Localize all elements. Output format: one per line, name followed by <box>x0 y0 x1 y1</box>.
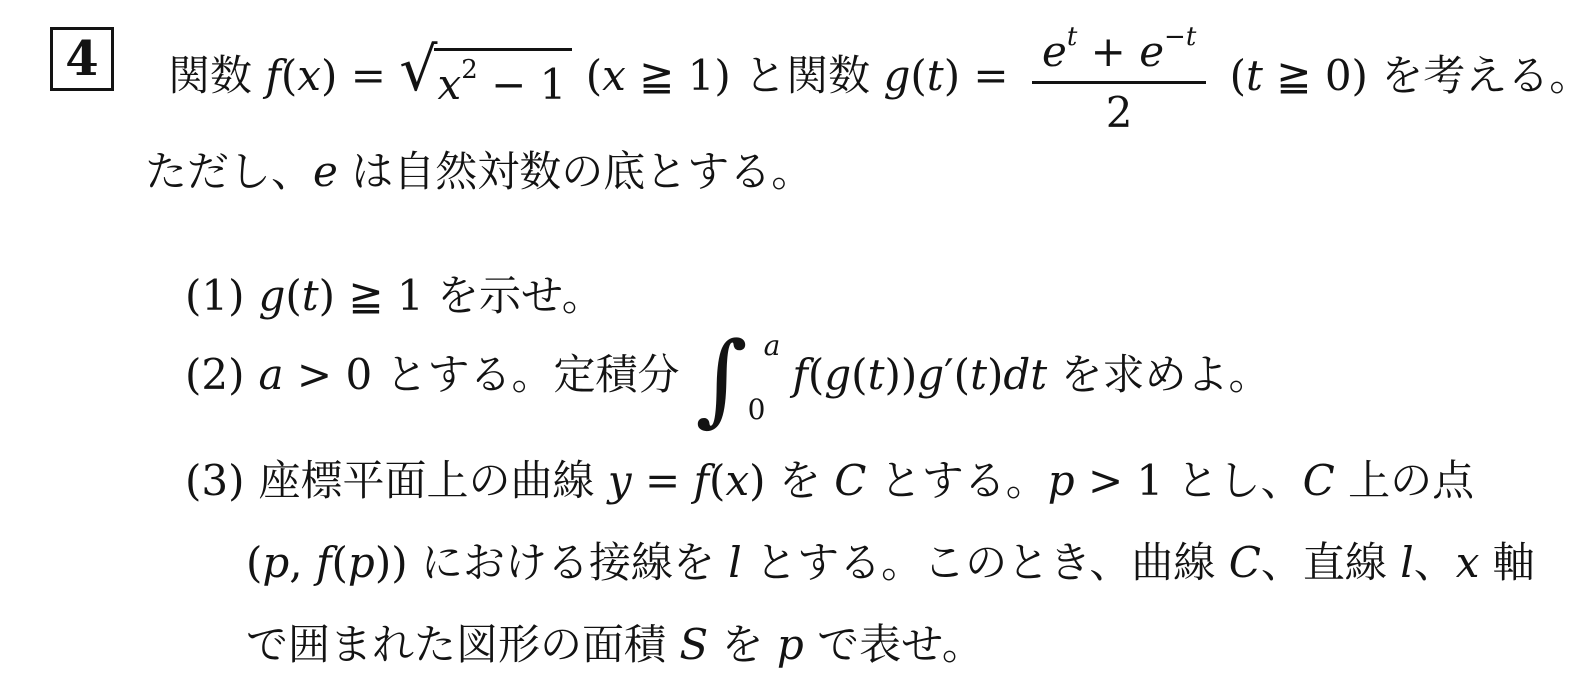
math-text: ( <box>281 51 297 100</box>
integral-lower-bound: 0 <box>748 396 781 424</box>
math-text: e <box>1042 27 1067 76</box>
math-text: > 1 <box>1075 456 1177 505</box>
math-text: f <box>265 51 281 100</box>
item-3-label: (3) <box>185 456 245 505</box>
problem-number-box: 4 <box>50 27 114 91</box>
math-text: x <box>1456 538 1480 587</box>
math-text: ( <box>1216 51 1246 100</box>
math-text: + <box>1077 27 1139 76</box>
math-text: > 0 <box>284 350 386 399</box>
item-3-line-2: (p, f(p)) における接線を l とする。このとき、曲線 C、直線 l、x… <box>246 530 1535 590</box>
math-text: = <box>632 456 694 505</box>
math-text: は自然対数の底とする。 <box>338 147 813 196</box>
problem-number: 4 <box>65 35 98 83</box>
item-2-label: (2) <box>185 350 245 399</box>
math-text: g <box>259 271 286 320</box>
math-text: を示せ。 <box>437 271 604 320</box>
math-text: ( <box>246 538 262 587</box>
math-text: とする。定積分 <box>386 350 680 399</box>
math-text: ′ <box>944 350 954 399</box>
math-text: dt <box>1003 350 1047 399</box>
math-text: を考える。 <box>1381 51 1582 100</box>
math-text: ≧ 0) <box>1263 51 1381 100</box>
math-text: t <box>1246 51 1263 100</box>
math-text: x <box>297 51 321 100</box>
radicand: x2 − 1 <box>434 48 573 106</box>
fraction-numerator: et + e−t <box>1032 22 1206 81</box>
fraction-denominator: 2 <box>1032 81 1206 136</box>
math-text: a <box>259 350 284 399</box>
math-text: を求めよ。 <box>1047 350 1270 399</box>
math-text: ≧ 1) <box>626 51 744 100</box>
math-text: g <box>884 51 911 100</box>
math-text: t <box>868 350 885 399</box>
math-text: ) = <box>944 51 1022 100</box>
math-text: l <box>1400 538 1413 587</box>
math-text: g <box>917 350 944 399</box>
math-text: C <box>834 456 866 505</box>
math-text: p <box>1048 456 1075 505</box>
math-text: ) <box>987 350 1003 399</box>
item-1: (1)g(t) ≧ 1 を示せ。 <box>185 263 604 323</box>
problem-statement-line-1: 関数 f(x) = √x2 − 1 (x ≧ 1) と関数 g(t) = et … <box>168 22 1582 136</box>
math-text: , <box>289 538 316 587</box>
item-1-content: g(t) ≧ 1 を示せ。 <box>259 271 604 320</box>
math-text: f <box>316 538 332 587</box>
math-text: C <box>1303 456 1335 505</box>
math-text: t <box>302 271 319 320</box>
definite-integral: ∫a0 <box>696 330 781 426</box>
math-text: ( <box>572 51 602 100</box>
math-text: ) = <box>321 51 399 100</box>
radical-sign-icon: √ <box>399 47 437 94</box>
math-text: 、 <box>1414 538 1456 587</box>
math-text: ( <box>851 350 867 399</box>
math-text: )) <box>375 538 421 587</box>
math-text: 上の点 <box>1335 456 1474 505</box>
integral-bounds: a0 <box>750 330 781 426</box>
math-text: f <box>694 456 710 505</box>
math-text: S <box>679 620 708 669</box>
item-3-line-1-content: 座標平面上の曲線 y = f(x) を C とする。p > 1 とし、C 上の点 <box>259 456 1475 505</box>
math-text: とする。 <box>866 456 1047 505</box>
math-text: ( <box>954 350 970 399</box>
integral-sign-icon: ∫ <box>696 331 748 426</box>
math-text: ( <box>285 271 301 320</box>
math-text: t <box>1067 22 1077 52</box>
math-text: における接線を <box>421 538 728 587</box>
math-text: p <box>777 620 804 669</box>
math-text: 関数 <box>168 51 265 100</box>
square-root: √x2 − 1 <box>399 47 572 106</box>
math-text: で囲まれた図形の面積 <box>246 620 679 669</box>
math-problem-page: 4 関数 f(x) = √x2 − 1 (x ≧ 1) と関数 g(t) = e… <box>0 0 1582 697</box>
math-text: 、直線 <box>1261 538 1400 587</box>
math-text: g <box>824 350 851 399</box>
math-text: p <box>348 538 375 587</box>
math-text: t <box>927 51 944 100</box>
math-text: l <box>728 538 741 587</box>
math-text: 2 <box>1106 88 1133 137</box>
math-text: とする。このとき、曲線 <box>742 538 1229 587</box>
integral-upper-bound: a <box>764 332 781 360</box>
item-3-line-3: で囲まれた図形の面積 S を p で表せ。 <box>246 612 984 672</box>
math-text: p <box>262 538 289 587</box>
math-text: t <box>970 350 987 399</box>
math-text: ) <box>749 456 779 505</box>
math-text: ( <box>332 538 348 587</box>
math-text: と関数 <box>744 51 883 100</box>
item-2-content: a > 0 とする。定積分∫a0f(g(t))g′(t)dt を求めよ。 <box>259 350 1271 399</box>
math-text: )) <box>884 350 917 399</box>
problem-statement-line-2: ただし、e は自然対数の底とする。 <box>145 139 813 199</box>
math-text: 軸 <box>1479 538 1534 587</box>
math-text: ただし、 <box>145 147 313 196</box>
math-text: e <box>313 147 338 196</box>
math-text: 2 <box>461 55 478 85</box>
math-text: −t <box>1164 22 1196 52</box>
fraction: et + e−t2 <box>1032 22 1206 136</box>
math-text: C <box>1229 538 1261 587</box>
math-text: x <box>438 60 462 109</box>
math-text: − 1 <box>478 60 567 109</box>
item-1-label: (1) <box>185 271 245 320</box>
math-text: を <box>779 456 834 505</box>
item-2: (2)a > 0 とする。定積分∫a0f(g(t))g′(t)dt を求めよ。 <box>185 330 1270 426</box>
item-3-line-1: (3)座標平面上の曲線 y = f(x) を C とする。p > 1 とし、C … <box>185 448 1474 508</box>
math-text: 座標平面上の曲線 <box>259 456 608 505</box>
math-text: y <box>608 456 632 505</box>
math-text: x <box>725 456 749 505</box>
math-text: とし、 <box>1177 456 1303 505</box>
math-text: e <box>1139 27 1164 76</box>
math-text: ( <box>910 51 926 100</box>
math-text: ) ≧ 1 <box>319 271 437 320</box>
math-text: ( <box>808 350 824 399</box>
math-text: f <box>792 350 808 399</box>
math-text: で表せ。 <box>804 620 984 669</box>
math-text: x <box>602 51 626 100</box>
math-text: ( <box>709 456 725 505</box>
math-text: を <box>708 620 777 669</box>
